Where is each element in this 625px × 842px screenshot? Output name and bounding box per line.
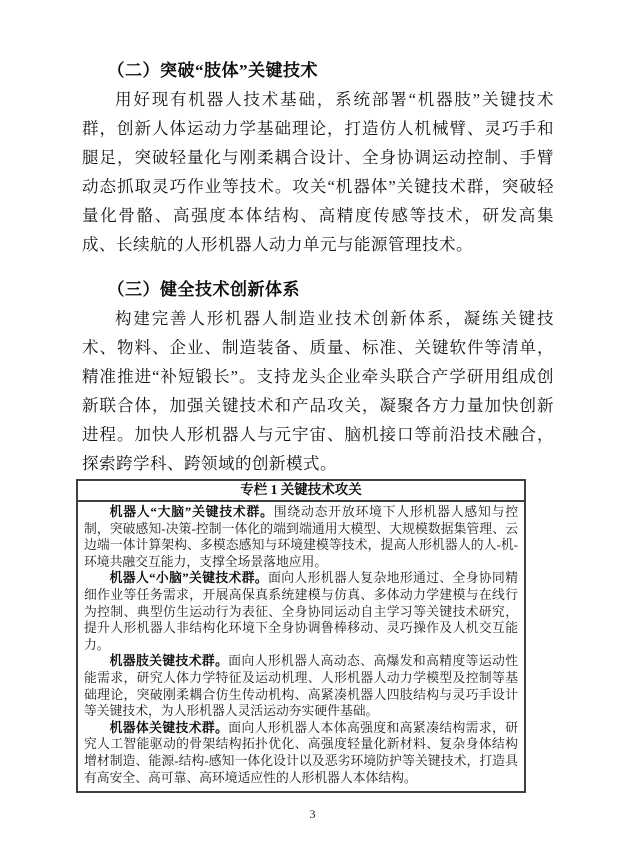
section-paragraph-break-limb-tech: 用好现有机器人技术基础，系统部署“机器肢”关键技术群，创新人体运动力学基础理论，… [82,85,554,259]
section-heading-innovation-system: （三）健全技术创新体系 [82,275,554,304]
box-paragraph-limbs: 机器肢关键技术群。面向人形机器人高动态、高爆发和高精度等运动性能需求，研究人体力… [84,653,518,719]
box-paragraph-cerebellum: 机器人“小脑”关键技术群。面向人形机器人复杂地形通过、全身协同精细作业等任务需求… [84,570,518,653]
box-paragraph-brain: 机器人“大脑”关键技术群。围绕动态开放环境下人形机器人感知与控制，突破感知-决策… [84,504,518,570]
box-paragraph-brain-lead: 机器人“大脑”关键技术群。 [110,505,274,519]
column-box-body: 机器人“大脑”关键技术群。围绕动态开放环境下人形机器人感知与控制，突破感知-决策… [78,502,524,791]
section-heading-break-limb-tech: （二）突破“肢体”关键技术 [82,56,554,85]
document-page: （二）突破“肢体”关键技术 用好现有机器人技术基础，系统部署“机器肢”关键技术群… [0,0,625,842]
box-paragraph-limbs-lead: 机器肢关键技术群。 [110,654,229,668]
box-paragraph-body-lead: 机器体关键技术群。 [110,721,229,735]
page-number: 3 [0,807,625,822]
document-content: （二）突破“肢体”关键技术 用好现有机器人技术基础，系统部署“机器肢”关键技术群… [82,56,554,793]
box-paragraph-cerebellum-lead: 机器人“小脑”关键技术群。 [110,571,268,585]
box-paragraph-body: 机器体关键技术群。面向人形机器人本体高强度和高紧凑结构需求，研究人工智能驱动的骨… [84,720,518,786]
column-box-key-technologies: 专栏 1 关键技术攻关 机器人“大脑”关键技术群。围绕动态开放环境下人形机器人感… [76,479,526,793]
column-box-title: 专栏 1 关键技术攻关 [78,481,524,502]
section-paragraph-innovation-system: 构建完善人形机器人制造业技术创新体系，凝练关键技术、物料、企业、制造装备、质量、… [82,304,554,478]
